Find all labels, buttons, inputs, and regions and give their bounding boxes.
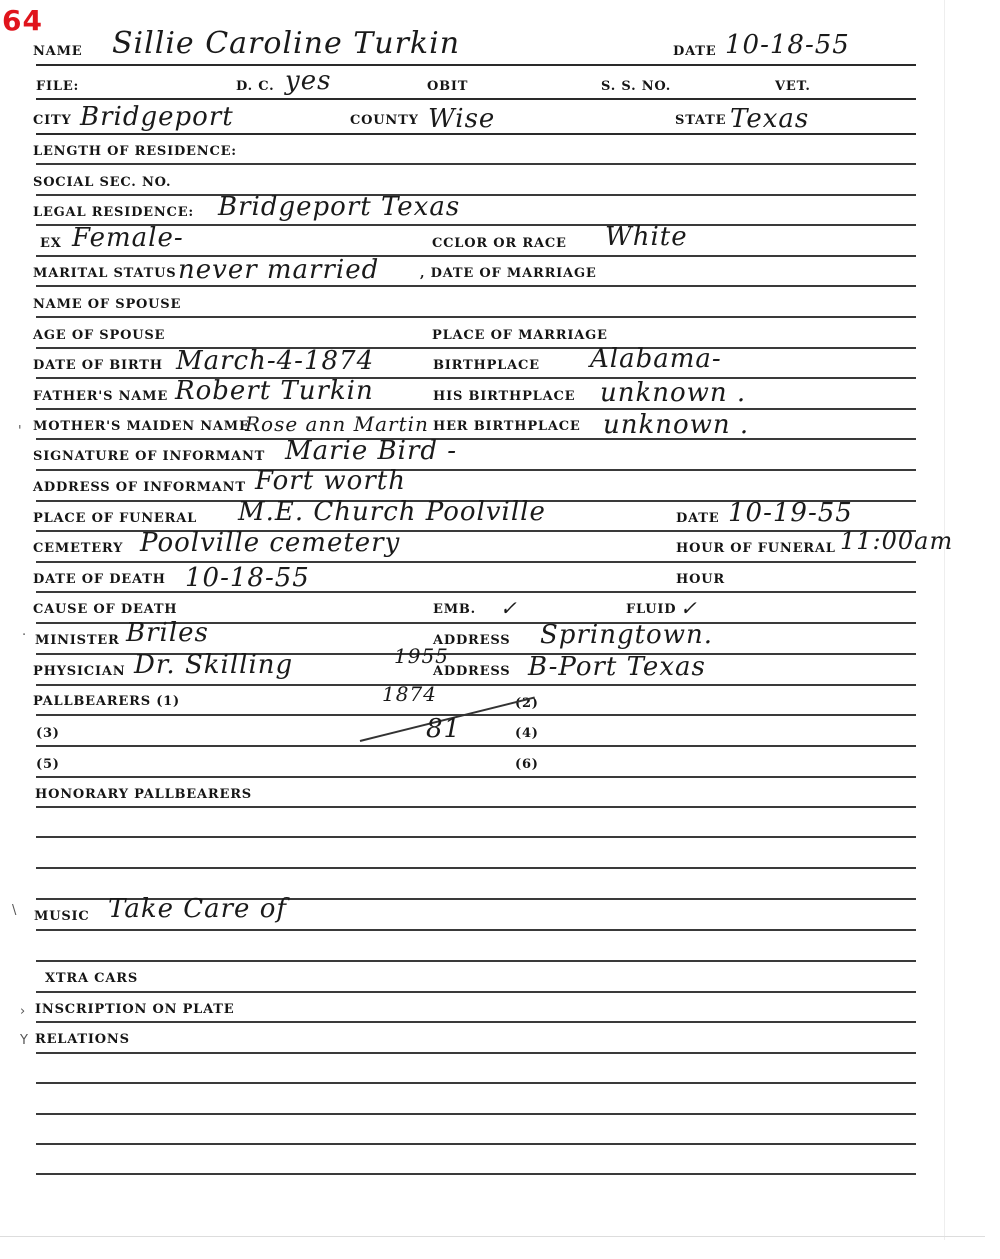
honorary-rule-1 (36, 806, 916, 808)
his-birthplace-value[interactable]: unknown . (600, 378, 746, 408)
relations-rule-4 (36, 1143, 916, 1145)
signature-informant-value[interactable]: Marie Bird - (285, 436, 457, 466)
marital-rule (36, 285, 916, 287)
music-label: MUSIC (34, 909, 90, 924)
her-birthplace-value[interactable]: unknown . (603, 410, 749, 440)
length-of-residence-label: LENGTH OF RESIDENCE: (33, 144, 237, 159)
address-informant-value[interactable]: Fort worth (255, 466, 406, 496)
birthplace-label: BIRTHPLACE (433, 358, 540, 373)
funeral-date-label: DATE (676, 511, 719, 526)
fathers-name-label: FATHER'S NAME (33, 389, 168, 404)
obit-label: OBIT (427, 79, 468, 94)
pallbearer-56-rule (36, 776, 916, 778)
sex-value[interactable]: Female- (72, 223, 184, 253)
inscription-label: INSCRIPTION ON PLATE (35, 1002, 234, 1017)
file-rule (36, 98, 916, 100)
state-value[interactable]: Texas (730, 104, 809, 134)
relations-rule-5 (36, 1173, 916, 1175)
cemetery-label: CEMETERY (33, 541, 123, 556)
fluid-checkmark[interactable]: ✓ (680, 596, 698, 620)
file-label: FILE: (36, 79, 79, 94)
dc-value[interactable]: yes (285, 66, 331, 96)
fathers-name-value[interactable]: Robert Turkin (175, 376, 374, 406)
hour-label: HOUR (676, 572, 725, 587)
death-rule (36, 591, 916, 593)
emb-checkmark[interactable]: ✓ (500, 596, 518, 620)
pallbearer-34-rule (36, 745, 916, 747)
color-race-value[interactable]: White (605, 222, 688, 252)
name-rule (36, 64, 916, 66)
city-rule (36, 133, 916, 135)
city-value[interactable]: Bridgeport (80, 102, 234, 132)
mothers-maiden-name-value[interactable]: Rose ann Martin (245, 412, 429, 436)
county-value[interactable]: Wise (428, 104, 495, 134)
vet-label: VET. (775, 79, 811, 94)
pallbearer-5-label: (5) (36, 757, 60, 772)
mothers-maiden-name-label: MOTHER'S MAIDEN NAME (33, 419, 250, 434)
pallbearer-6-label: (6) (515, 757, 539, 772)
funeral-date-value[interactable]: 10-19-55 (728, 498, 853, 528)
physician-address-value[interactable]: B-Port Texas (528, 652, 706, 682)
date-of-death-label: DATE OF DEATH (33, 572, 166, 587)
music-rule-2 (36, 960, 916, 962)
residence-rule (36, 163, 916, 165)
honorary-rule-3 (36, 867, 916, 869)
marital-status-label: MARITAL STATUS (33, 266, 176, 281)
hour-of-funeral-value[interactable]: 11:00am (840, 527, 953, 555)
minister-value[interactable]: Briles (126, 618, 209, 648)
margin-mark: › (20, 1004, 25, 1019)
place-of-funeral-value[interactable]: M.E. Church Poolville (238, 497, 546, 527)
age-spouse-rule (36, 347, 916, 349)
date-label: DATE (673, 44, 716, 59)
music-value[interactable]: Take Care of (108, 894, 287, 924)
dob-rule (36, 377, 916, 379)
paper-bottom-edge (0, 1236, 985, 1237)
legal-residence-value[interactable]: Bridgeport Texas (218, 192, 460, 222)
date-of-birth-value[interactable]: March-4-1874 (176, 346, 374, 376)
pallbearer-1-label: (1) (156, 694, 180, 709)
minister-address-value[interactable]: Springtown. (540, 620, 713, 650)
physician-value[interactable]: Dr. Skilling (134, 650, 293, 680)
date-of-marriage-label: , DATE OF MARRIAGE (420, 266, 597, 281)
birthplace-value[interactable]: Alabama- (590, 344, 722, 374)
margin-check: \ (12, 903, 16, 918)
spouse-rule (36, 316, 916, 318)
page-number: 64 (2, 4, 43, 37)
extra-cars-label: XTRA CARS (45, 971, 138, 986)
honorary-pallbearers-label: HONORARY PALLBEARERS (35, 787, 252, 802)
physician-address-label: ADDRESS (433, 664, 510, 679)
place-of-funeral-label: PLACE OF FUNERAL (33, 511, 197, 526)
minister-label: MINISTER (35, 633, 120, 648)
name-of-spouse-label: NAME OF SPOUSE (33, 297, 181, 312)
relations-rule-3 (36, 1113, 916, 1115)
pallbearer-4-label: (4) (515, 726, 539, 741)
cemetery-value[interactable]: Poolville cemetery (140, 528, 400, 558)
date-of-birth-label: DATE OF BIRTH (33, 358, 163, 373)
color-race-label: CCLOR OR RACE (432, 236, 567, 251)
date-of-death-value[interactable]: 10-18-55 (185, 563, 310, 593)
dc-label: D. C. (236, 79, 275, 94)
pallbearer-3-label: (3) (36, 726, 60, 741)
address-informant-label: ADDRESS OF INFORMANT (33, 480, 246, 495)
place-of-marriage-label: PLACE OF MARRIAGE (432, 328, 608, 343)
sex-label: EX (40, 236, 62, 251)
relations-label: RELATIONS (35, 1032, 130, 1047)
extra-cars-rule (36, 991, 916, 993)
name-label: NAME (33, 44, 82, 59)
marital-status-value[interactable]: never married (178, 255, 379, 285)
father-rule (36, 408, 916, 410)
date-value[interactable]: 10-18-55 (725, 30, 850, 60)
margin-dot: · (22, 628, 26, 643)
ss-no-label: S. S. NO. (601, 79, 671, 94)
relations-rule-1 (36, 1052, 916, 1054)
pallbearers-title: PALLBEARERS (33, 694, 151, 709)
county-label: COUNTY (350, 113, 419, 128)
physician-rule (36, 684, 916, 686)
legal-residence-label: LEGAL RESIDENCE: (33, 205, 194, 220)
relations-rule-2 (36, 1082, 916, 1084)
cause-of-death-label: CAUSE OF DEATH (33, 602, 177, 617)
mother-rule (36, 438, 916, 440)
honorary-rule-2 (36, 836, 916, 838)
age-of-spouse-label: AGE OF SPOUSE (33, 328, 165, 343)
hour-of-funeral-label: HOUR OF FUNERAL (676, 541, 836, 556)
her-birthplace-label: HER BIRTHPLACE (433, 419, 581, 434)
music-rule (36, 929, 916, 931)
his-birthplace-label: HIS BIRTHPLACE (433, 389, 575, 404)
margin-tick: ' (18, 424, 22, 439)
age-calc-81: 81 (426, 714, 461, 744)
sex-rule (36, 255, 916, 257)
pallbearers-label: PALLBEARERS (1) (33, 694, 180, 709)
fluid-label: FLUID (626, 602, 676, 617)
social-sec-label: SOCIAL SEC. NO. (33, 175, 171, 190)
margin-mark-2: Y (20, 1033, 28, 1048)
emb-label: EMB. (433, 602, 476, 617)
name-value[interactable]: Sillie Caroline Turkin (112, 26, 460, 61)
social-sec-rule (36, 194, 916, 196)
state-label: STATE (675, 113, 726, 128)
inscription-rule (36, 1021, 916, 1023)
pallbearer-12-rule (36, 714, 916, 716)
paper-edge (944, 0, 945, 1240)
signature-rule (36, 469, 916, 471)
physician-label: PHYSICIAN (33, 664, 125, 679)
age-calc-1874: 1874 (382, 682, 437, 706)
city-label: CITY (33, 113, 72, 128)
signature-informant-label: SIGNATURE OF INFORMANT (33, 449, 265, 464)
cemetery-rule (36, 561, 916, 563)
